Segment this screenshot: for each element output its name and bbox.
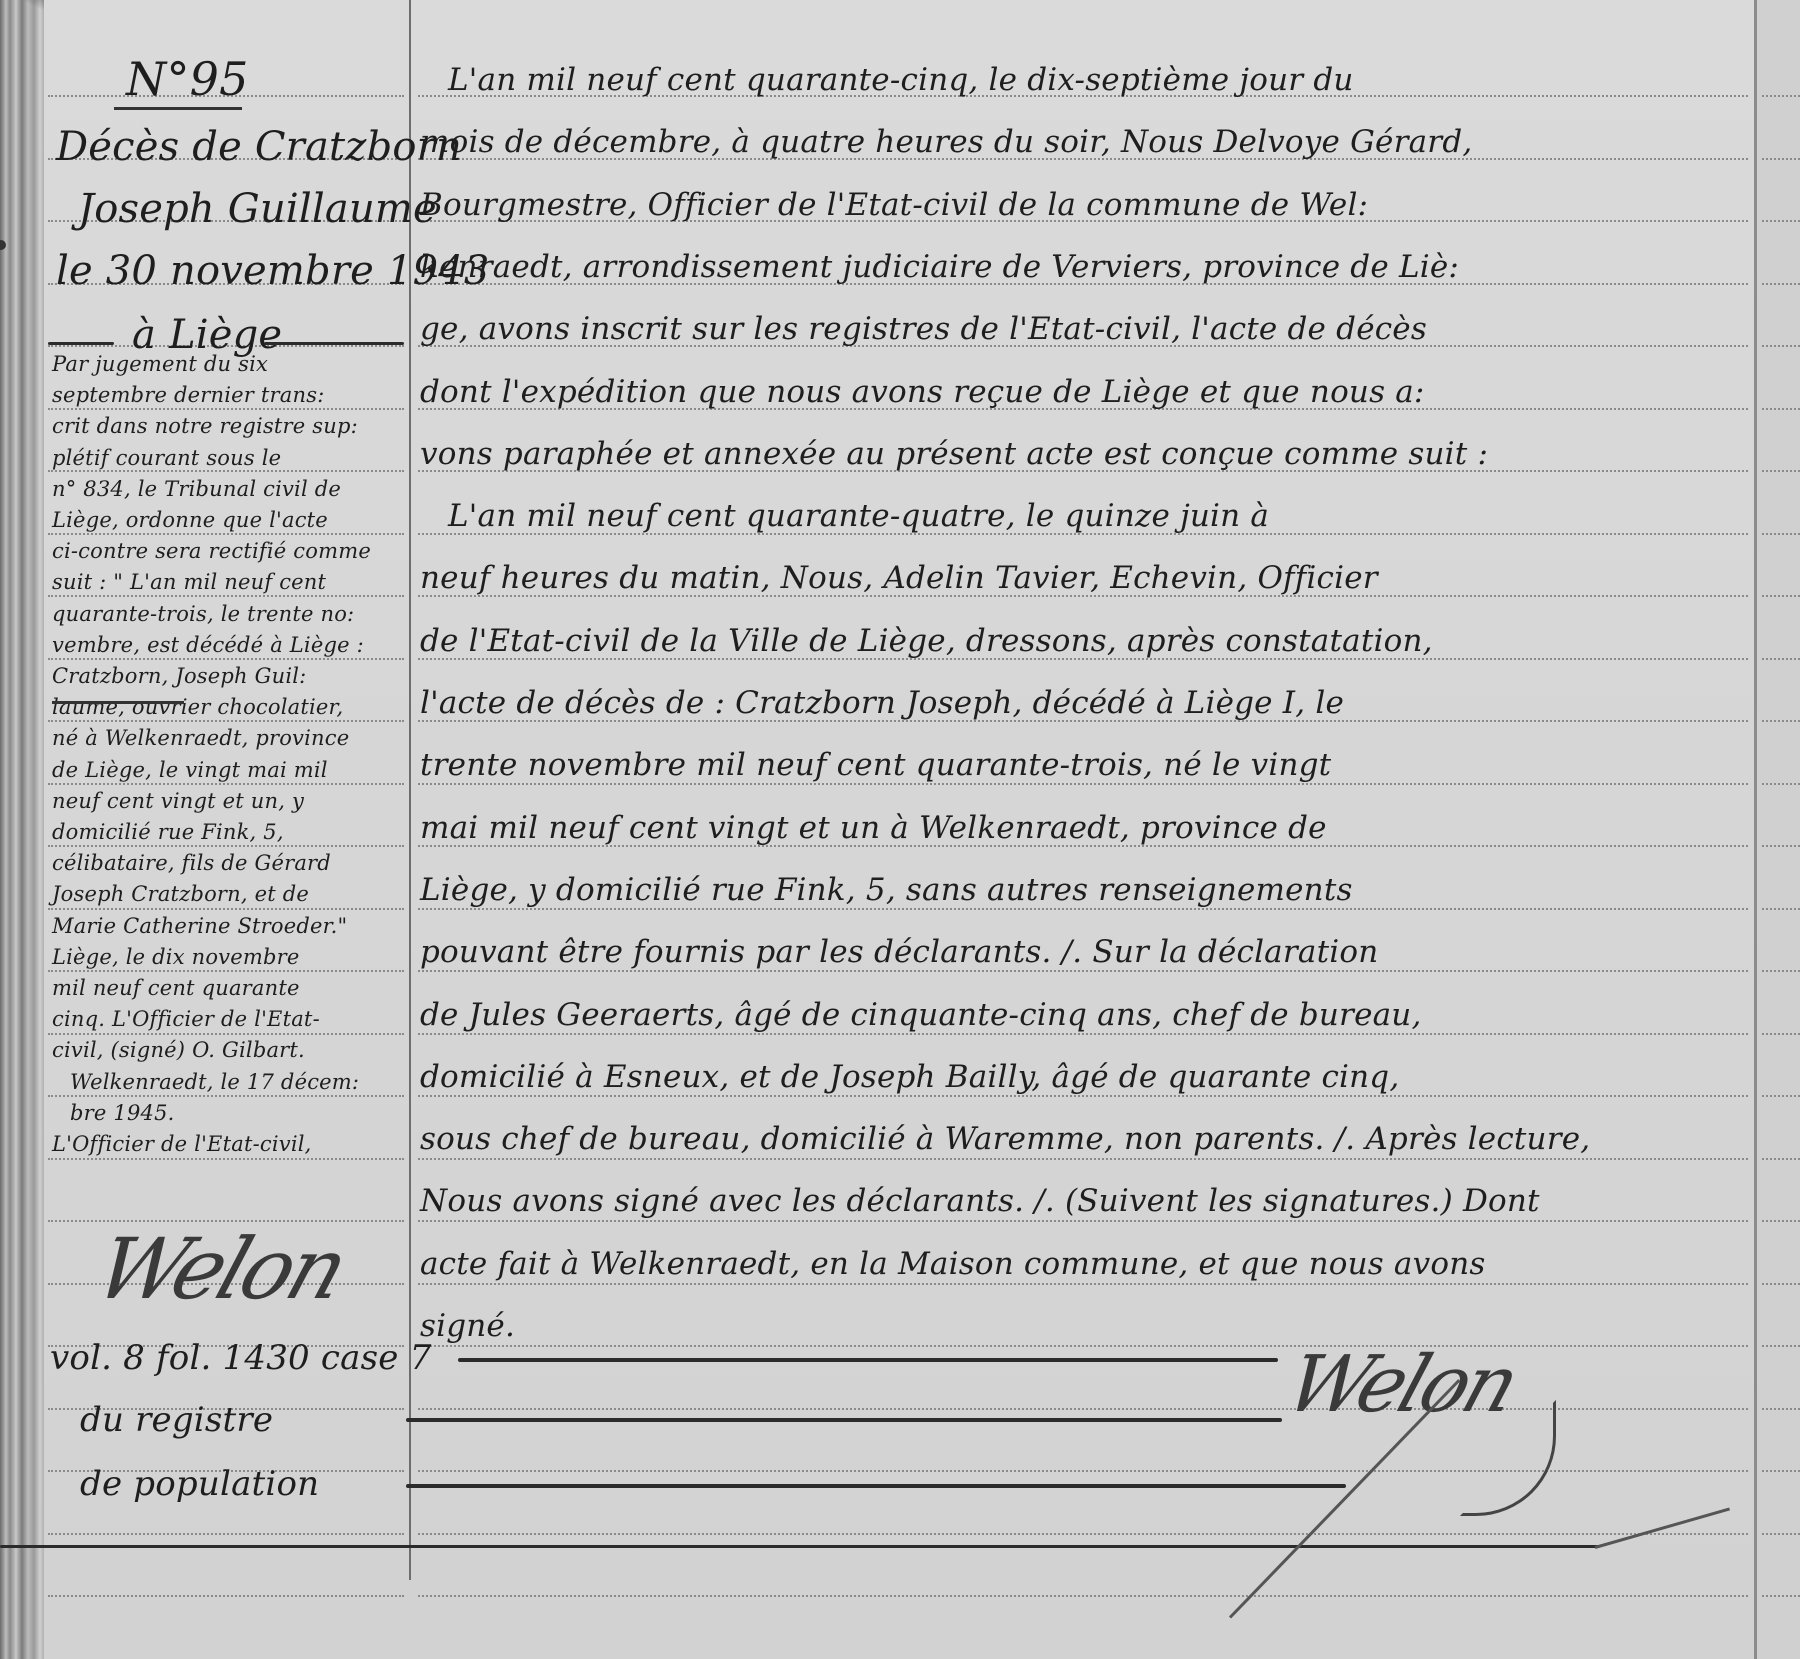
ruled-line <box>48 658 404 660</box>
marginal-note-line: Liège, ordonne que l'acte <box>52 508 328 532</box>
closing-bar <box>406 1418 1282 1422</box>
deed-body-line: neuf heures du matin, Nous, Adelin Tavie… <box>420 560 1378 596</box>
ruled-line <box>48 1033 404 1035</box>
ruled-line <box>1762 1033 1800 1035</box>
ruled-line <box>48 1095 404 1097</box>
ruled-line <box>48 533 404 535</box>
marginal-note-line: civil, (signé) O. Gilbart. <box>52 1038 305 1062</box>
margin-signature: Welon <box>84 1220 357 1318</box>
deed-body-line: de Jules Geeraerts, âgé de cinquante-cin… <box>420 997 1422 1033</box>
ruled-line <box>48 470 404 472</box>
marginal-note-line: mil neuf cent quarante <box>52 976 300 1000</box>
marginal-note-line: suit : " L'an mil neuf cent <box>52 570 326 594</box>
ruled-line <box>1762 220 1800 222</box>
closing-bar <box>458 1358 1278 1362</box>
marginal-note-line: laume, ouvrier chocolatier, <box>52 695 343 719</box>
ruled-line <box>418 1095 1748 1097</box>
ruled-line <box>1762 408 1800 410</box>
ruled-line <box>418 1595 1748 1597</box>
ruled-line <box>1762 345 1800 347</box>
marginal-note-line: Liège, le dix novembre <box>52 945 300 969</box>
deed-body-line: l'acte de décès de : Cratzborn Joseph, d… <box>420 685 1344 721</box>
ruled-line <box>48 408 404 410</box>
ruled-line <box>1762 1158 1800 1160</box>
ruled-line <box>1762 158 1800 160</box>
marginal-note-line: Par jugement du six <box>52 352 268 376</box>
deed-body-line: dont l'expédition que nous avons reçue d… <box>420 374 1425 410</box>
margin-title-line: Décès de Cratzborn <box>56 124 462 170</box>
ruled-line <box>1762 595 1800 597</box>
ruled-line <box>1762 1345 1800 1347</box>
marginal-note-line: domicilié rue Fink, 5, <box>52 820 284 844</box>
ruled-line <box>1762 1283 1800 1285</box>
ruled-line <box>1762 658 1800 660</box>
population-register-reference: du registre <box>80 1400 273 1440</box>
deed-body-line: vons paraphée et annexée au présent acte… <box>420 436 1488 472</box>
marginal-note-line: vembre, est décédé à Liège : <box>52 633 364 657</box>
marginal-note-line: Welkenraedt, le 17 décem: <box>70 1070 359 1094</box>
deed-body-line: L'an mil neuf cent quarante-cinq, le dix… <box>448 62 1354 98</box>
deed-body-line: sous chef de bureau, domicilié à Waremme… <box>420 1121 1590 1157</box>
ruled-line <box>1762 720 1800 722</box>
deed-body-line: trente novembre mil neuf cent quarante-t… <box>420 747 1331 783</box>
ruled-line <box>418 970 1748 972</box>
ruled-line <box>1762 283 1800 285</box>
deed-body-line: Liège, y domicilié rue Fink, 5, sans aut… <box>420 872 1353 908</box>
ruled-line <box>418 783 1748 785</box>
marginal-note-line: célibataire, fils de Gérard <box>52 851 331 875</box>
margin-title-rule-right <box>264 342 404 345</box>
book-binding <box>0 0 44 1659</box>
marginal-note-line: Joseph Cratzborn, et de <box>52 882 309 906</box>
marginal-note-line: né à Welkenraedt, province <box>52 726 349 750</box>
deed-body-line: signé. <box>420 1308 515 1344</box>
ruled-line <box>418 1158 1748 1160</box>
ruled-line <box>1762 783 1800 785</box>
ruled-line <box>418 1220 1748 1222</box>
ruled-line <box>1762 908 1800 910</box>
deed-body-line: acte fait à Welkenraedt, en la Maison co… <box>420 1246 1485 1282</box>
ruled-line <box>1762 845 1800 847</box>
ruled-line <box>48 595 404 597</box>
surname-underline <box>52 701 184 704</box>
ruled-line <box>1762 1470 1800 1472</box>
ruled-line <box>418 908 1748 910</box>
marginal-note-line: ci-contre sera rectifié comme <box>52 539 371 563</box>
marginal-note-line: cinq. L'Officier de l'Etat- <box>52 1007 320 1031</box>
deed-body-line: de l'Etat-civil de la Ville de Liège, dr… <box>420 623 1433 659</box>
ruled-line <box>418 1345 1748 1347</box>
ruled-line <box>1762 1408 1800 1410</box>
ruled-line <box>48 1158 404 1160</box>
adjacent-page-edge <box>1754 0 1800 1659</box>
ruled-line <box>418 1033 1748 1035</box>
deed-body-line: mai mil neuf cent vingt et un à Welkenra… <box>420 810 1327 846</box>
deed-body-line: pouvant être fournis par les déclarants.… <box>420 934 1378 970</box>
marginal-note-line: n° 834, le Tribunal civil de <box>52 477 341 501</box>
deed-body-line: Bourgmestre, Officier de l'Etat-civil de… <box>420 187 1368 223</box>
marginal-note-line: Cratzborn, Joseph Guil: <box>52 664 306 688</box>
ruled-line <box>48 970 404 972</box>
deed-body-line: L'an mil neuf cent quarante-quatre, le q… <box>448 498 1269 534</box>
ruled-line <box>48 845 404 847</box>
record-number: N°95 <box>126 52 249 106</box>
deed-body-line: Nous avons signé avec les déclarants. /.… <box>420 1183 1540 1219</box>
margin-title-line: Joseph Guillaume <box>78 186 437 232</box>
ruled-line <box>1762 1220 1800 1222</box>
ruled-line <box>48 783 404 785</box>
ruled-line <box>48 1595 404 1597</box>
marginal-note-line: plétif courant sous le <box>52 446 281 470</box>
marginal-note-line: bre 1945. <box>70 1101 175 1125</box>
ruled-line <box>418 1283 1748 1285</box>
page-end-bar <box>0 1545 1600 1548</box>
population-register-reference: de population <box>80 1464 319 1504</box>
closing-bar <box>406 1484 1346 1488</box>
ruled-line <box>418 1533 1748 1535</box>
ruled-line <box>1762 533 1800 535</box>
ruled-line <box>1762 95 1800 97</box>
marginal-note-line: septembre dernier trans: <box>52 383 324 407</box>
marginal-note-line: L'Officier de l'Etat-civil, <box>52 1132 312 1156</box>
ruled-line <box>48 720 404 722</box>
deed-body-line: ge, avons inscrit sur les registres de l… <box>420 311 1427 347</box>
marginal-note-line: de Liège, le vingt mai mil <box>52 758 328 782</box>
ruled-line <box>48 908 404 910</box>
ruled-line <box>1762 1595 1800 1597</box>
deed-body-line: mois de décembre, à quatre heures du soi… <box>420 124 1472 160</box>
ruled-line <box>48 1533 404 1535</box>
ruled-line <box>1762 970 1800 972</box>
ruled-line <box>418 1470 1748 1472</box>
marginal-note-line: Marie Catherine Stroeder." <box>52 914 347 938</box>
marginal-note-line: neuf cent vingt et un, y <box>52 789 304 813</box>
margin-title-rule-left <box>48 342 114 345</box>
marginal-note-line: quarante-trois, le trente no: <box>52 602 354 626</box>
ruled-line <box>1762 470 1800 472</box>
marginal-note-line: crit dans notre registre sup: <box>52 414 358 438</box>
deed-body-line: domicilié à Esneux, et de Joseph Bailly,… <box>420 1059 1399 1095</box>
population-register-reference: vol. 8 fol. 1430 case 7 <box>50 1338 431 1378</box>
deed-body-line: kenraedt, arrondissement judiciaire de V… <box>420 249 1459 285</box>
ruled-line <box>1762 1533 1800 1535</box>
record-number-underline <box>114 107 242 110</box>
ruled-line <box>1762 1095 1800 1097</box>
